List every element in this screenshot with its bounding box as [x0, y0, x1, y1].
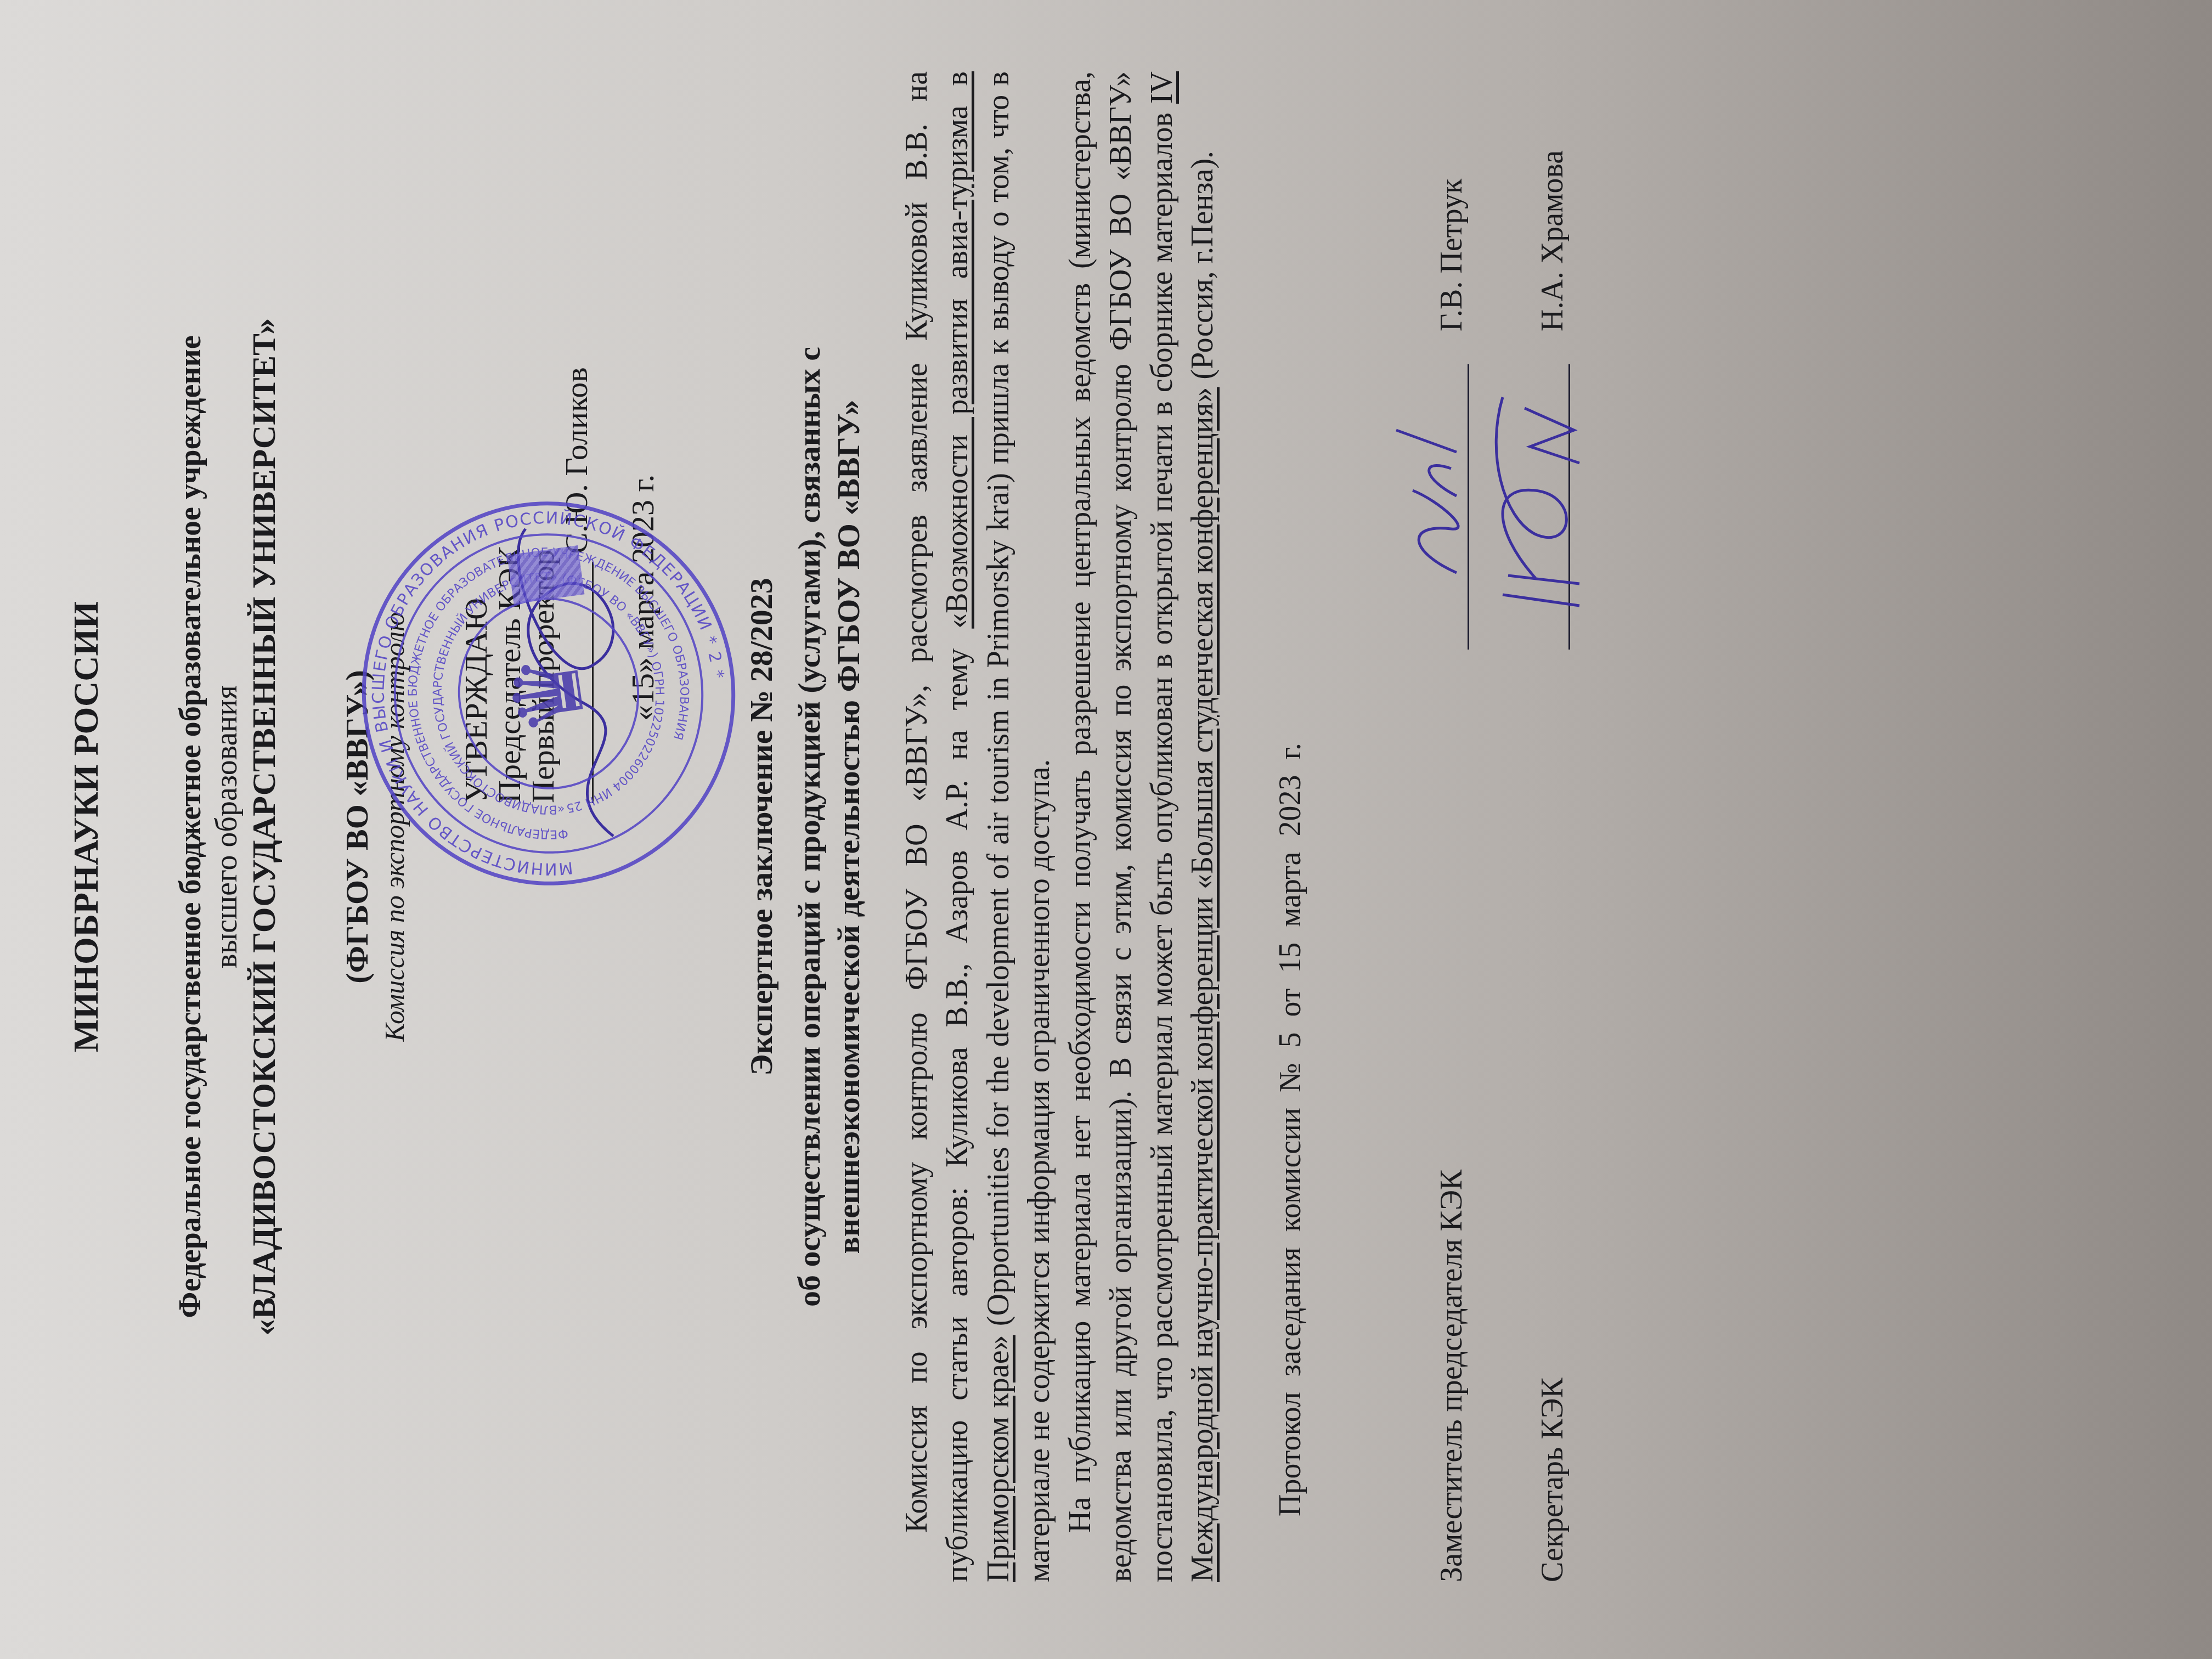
- signature-line: [1435, 364, 1469, 650]
- stamp-barcode-icon: [507, 545, 584, 604]
- institution-line-2: высшего образования: [208, 71, 245, 1582]
- signature-role: Секретарь КЭК: [1535, 650, 1570, 1582]
- handwritten-signature-icon: [1470, 375, 1601, 628]
- institution-line-3: «ВЛАДИВОСТОКСКИЙ ГОСУДАРСТВЕННЫЙ УНИВЕРС…: [245, 71, 284, 1582]
- document-title-block: Экспертное заключение № 28/2023 об осуще…: [742, 71, 869, 1582]
- double-headed-eagle-icon: ♛: [489, 645, 608, 742]
- ministry-header: МИНОБРНАУКИ РОССИИ: [66, 71, 106, 1582]
- document-subtitle-2: внешнеэкономической деятельностью ФГБОУ …: [829, 71, 869, 1582]
- institution-name: Федеральное государственное бюджетное об…: [172, 71, 284, 1582]
- signature-row-secretary: Секретарь КЭК Н.А. Храмова: [1535, 71, 1570, 1582]
- signature-name: Г.В. Петрук: [1434, 179, 1469, 331]
- handwritten-signature-icon: [1374, 419, 1484, 584]
- institution-line-1: Федеральное государственное бюджетное об…: [172, 71, 208, 1582]
- protocol-reference: Протокол заседания комиссии № 5 от 15 ма…: [1273, 71, 1308, 1582]
- signature-role: Заместитель председателя КЭК: [1434, 650, 1469, 1582]
- paragraph-2: На публикацию материала нет необходимост…: [1060, 71, 1223, 1582]
- paragraph-1: Комиссия по экспортному контролю ФГБОУ В…: [896, 71, 1060, 1582]
- document-body: Комиссия по экспортному контролю ФГБОУ В…: [896, 71, 1223, 1582]
- document-page: МИНОБРНАУКИ РОССИИ Федеральное государст…: [0, 0, 2212, 1659]
- signature-line: [1536, 364, 1570, 650]
- signature-row-deputy: Заместитель председателя КЭК Г.В. Петрук: [1434, 71, 1469, 1582]
- official-stamp: МИНИСТЕРСТВО НАУКИ И ВЫСШЕГО ОБРАЗОВАНИЯ…: [337, 477, 760, 910]
- document-subtitle-1: об осуществлении операций с продукцией (…: [789, 71, 830, 1582]
- signature-name: Н.А. Храмова: [1535, 150, 1570, 331]
- institution-short-name: (ФГБОУ ВО «ВВГУ»): [338, 71, 375, 1582]
